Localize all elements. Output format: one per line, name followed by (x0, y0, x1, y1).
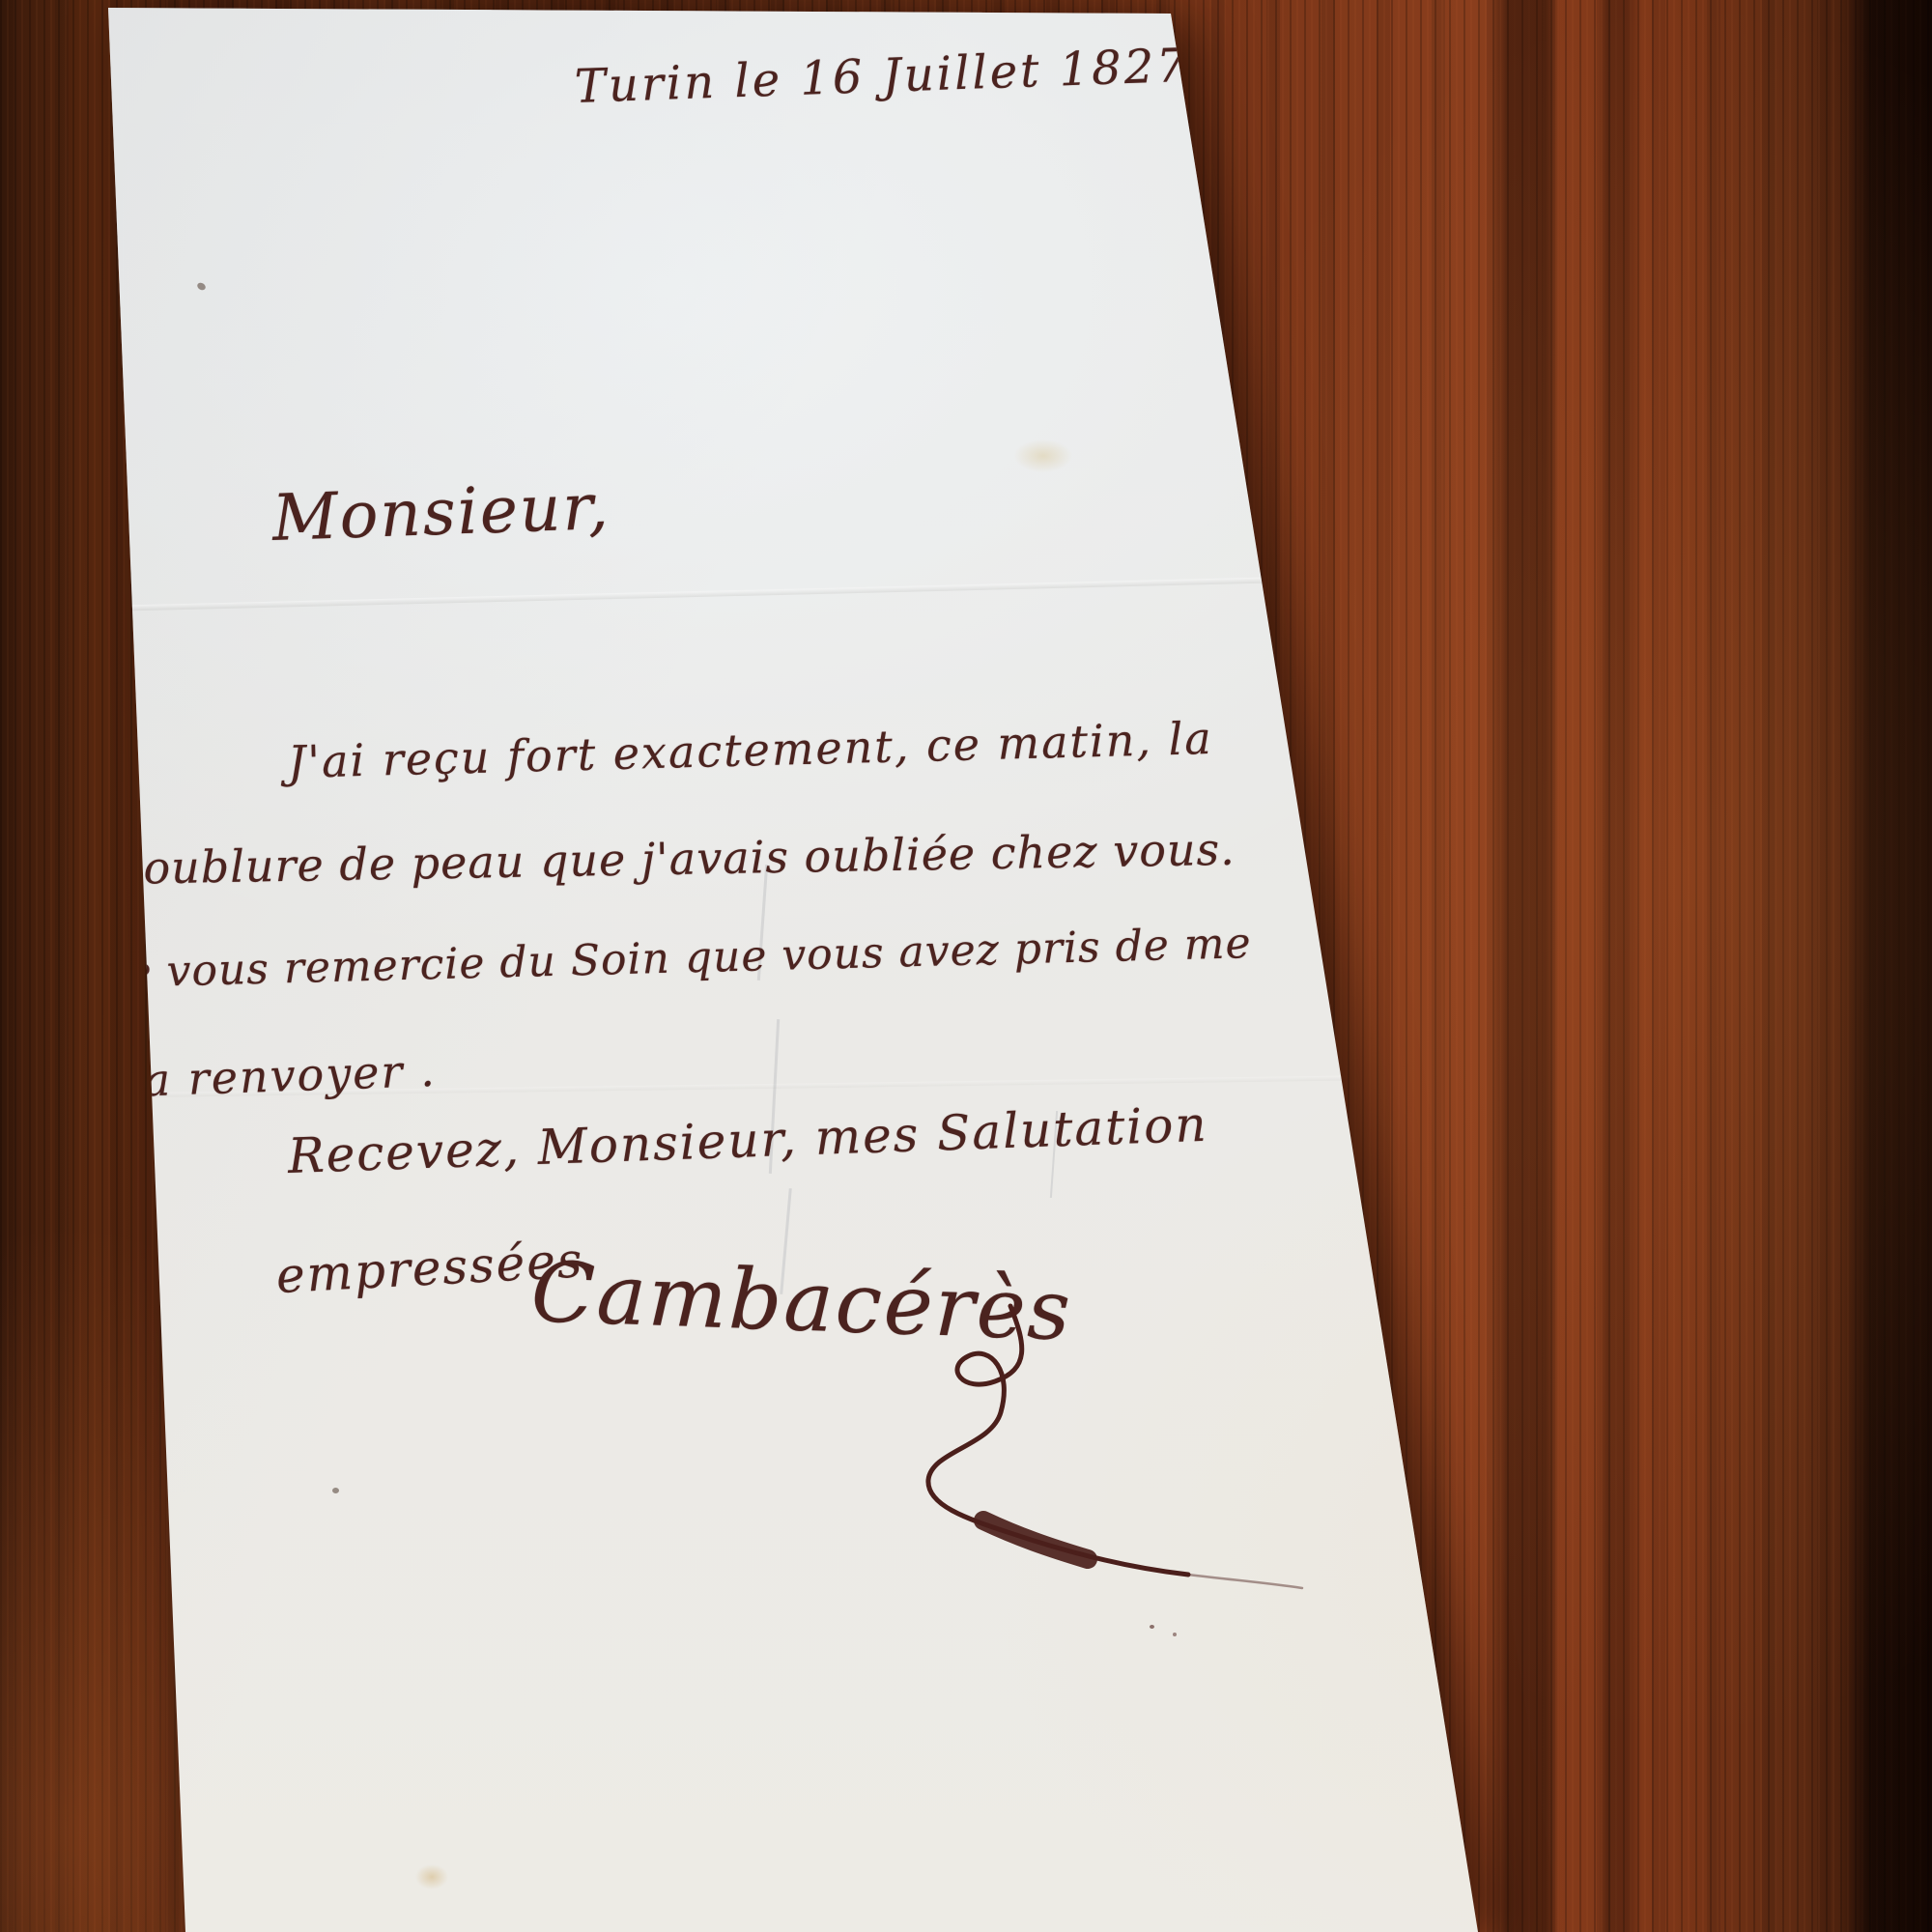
letter-paper-shadow-wrap: Turin le 16 Juillet 1827. Monsieur, J'ai… (0, 0, 1932, 1932)
letter-paper: Turin le 16 Juillet 1827. Monsieur, J'ai… (0, 0, 1932, 1932)
photo-scene: Turin le 16 Juillet 1827. Monsieur, J'ai… (0, 0, 1932, 1932)
signature-flourish (0, 0, 1932, 1932)
